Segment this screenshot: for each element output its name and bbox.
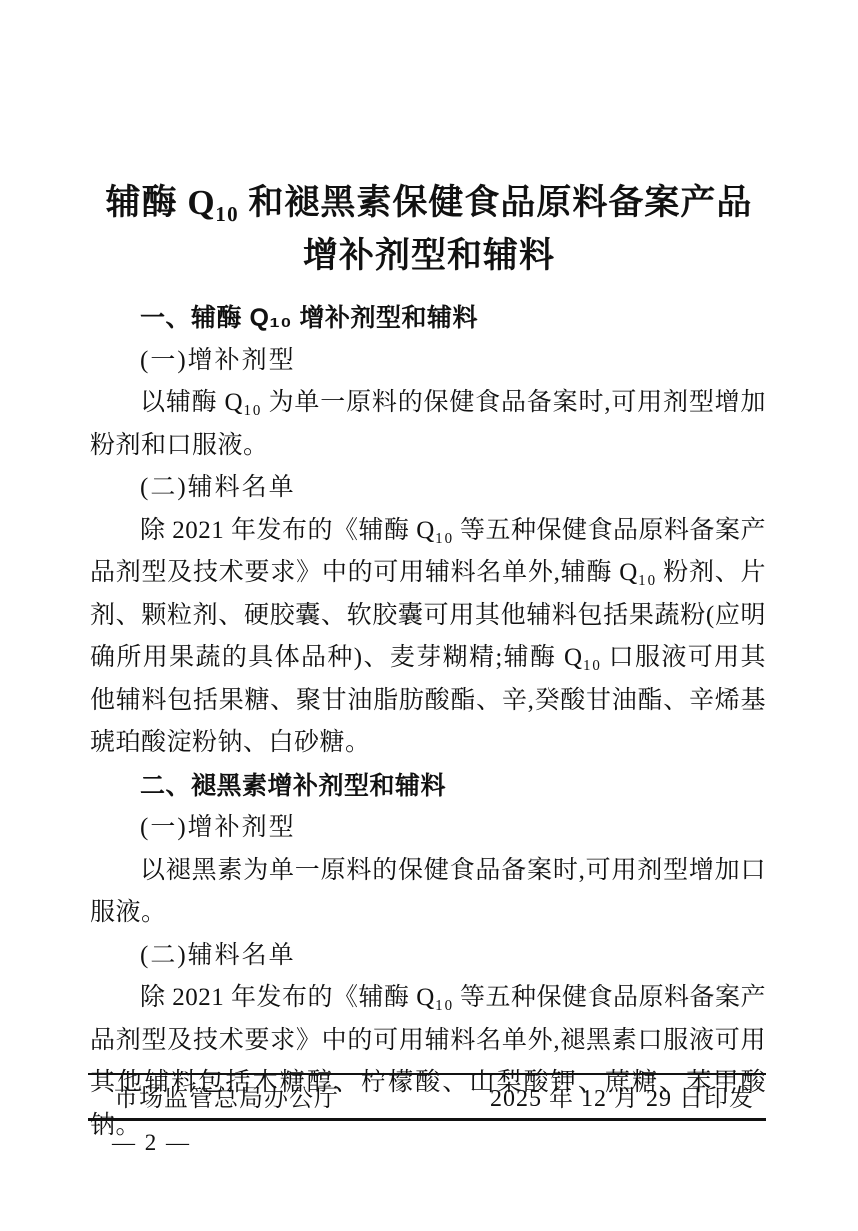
section-1-item-2-heading: (二)辅料名单 (90, 467, 766, 510)
document-body: 一、辅酶 Q₁₀ 增补剂型和辅料 (一)增补剂型 以辅酶 Q₁₀ 为单一原料的保… (90, 297, 766, 1147)
section-2-item-2-paragraph: 除 2021 年发布的《辅酶 Q₁₀ 等五种保健食品原料备案产品剂型及技术要求》… (90, 977, 766, 1147)
document-page: 辅酶 Q₁₀ 和褪黑素保健食品原料备案产品 增补剂型和辅料 一、辅酶 Q₁₀ 增… (0, 0, 858, 1231)
section-2-item-1-heading: (一)增补剂型 (90, 807, 766, 850)
section-1-heading: 一、辅酶 Q₁₀ 增补剂型和辅料 (90, 297, 766, 340)
footer-imprint-row: 市场监管总局办公厅 2025 年 12 月 29 日印发 (114, 1081, 754, 1117)
page-number: — 2 — (112, 1125, 191, 1161)
section-2-heading: 二、褪黑素增补剂型和辅料 (90, 765, 766, 808)
section-1-item-1-paragraph: 以辅酶 Q₁₀ 为单一原料的保健食品备案时,可用剂型增加粉剂和口服液。 (90, 382, 766, 467)
footer-divider-bottom (88, 1118, 766, 1121)
document-title-line-1: 辅酶 Q₁₀ 和褪黑素保健食品原料备案产品 (0, 176, 858, 229)
issuing-office: 市场监管总局办公厅 (114, 1081, 339, 1117)
document-title-line-2: 增补剂型和辅料 (0, 229, 858, 282)
section-2-item-2-heading: (二)辅料名单 (90, 935, 766, 978)
section-1-item-1-heading: (一)增补剂型 (90, 340, 766, 383)
document-title: 辅酶 Q₁₀ 和褪黑素保健食品原料备案产品 增补剂型和辅料 (0, 176, 858, 282)
print-date: 2025 年 12 月 29 日印发 (490, 1081, 754, 1117)
section-2-item-1-paragraph: 以褪黑素为单一原料的保健食品备案时,可用剂型增加口服液。 (90, 850, 766, 935)
section-1-item-2-paragraph: 除 2021 年发布的《辅酶 Q₁₀ 等五种保健食品原料备案产品剂型及技术要求》… (90, 510, 766, 765)
footer-divider-top (88, 1073, 766, 1075)
